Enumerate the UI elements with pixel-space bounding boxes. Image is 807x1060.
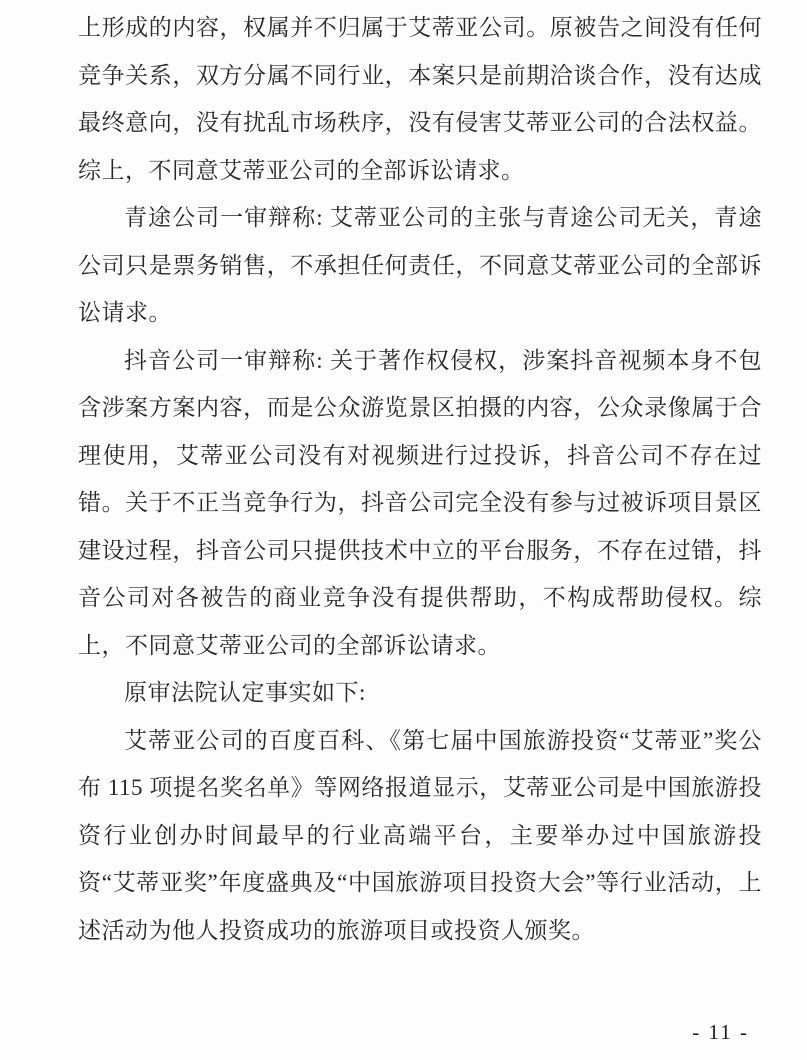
paragraph-continuation: 上形成的内容，权属并不归属于艾蒂亚公司。原被告之间没有任何竞争关系，双方分属不同… <box>78 4 762 194</box>
page-number: - 11 - <box>692 1020 749 1045</box>
paragraph-douyin-defense: 抖音公司一审辩称: 关于著作权侵权，涉案抖音视频本身不包含涉案方案内容，而是公众… <box>78 337 762 670</box>
paragraph-aidiya-background: 艾蒂亚公司的百度百科、《第七届中国旅游投资“艾蒂亚”奖公布 115 项提名奖名单… <box>78 717 762 955</box>
paragraph-qingtu-defense: 青途公司一审辩称: 艾蒂亚公司的主张与青途公司无关，青途公司只是票务销售，不承担… <box>78 194 762 337</box>
document-page: 上形成的内容，权属并不归属于艾蒂亚公司。原被告之间没有任何竞争关系，双方分属不同… <box>0 0 807 1060</box>
body-text: 上形成的内容，权属并不归属于艾蒂亚公司。原被告之间没有任何竞争关系，双方分属不同… <box>78 4 762 954</box>
paragraph-court-findings-heading: 原审法院认定事实如下: <box>78 669 762 717</box>
